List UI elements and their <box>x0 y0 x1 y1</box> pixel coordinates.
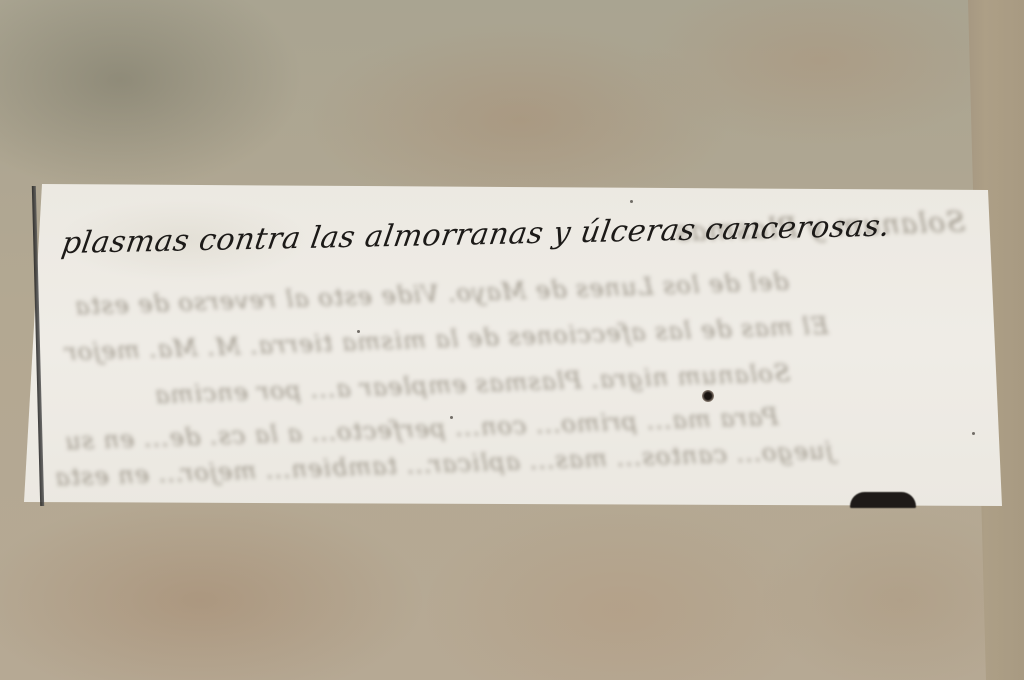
ink-stain <box>850 492 916 508</box>
ink-spot <box>702 390 714 402</box>
paper-speck <box>630 200 633 203</box>
paper-speck <box>357 330 360 333</box>
bleed-line: Solanum nigra. Plasmas emplear a... por … <box>154 359 791 409</box>
bleed-line: juego... cantos... mas... aplicar... tam… <box>54 436 834 491</box>
bleed-line: Para ma... primo... con... perfecto... a… <box>64 403 779 456</box>
paper-speck <box>450 416 453 419</box>
bleed-line: El mas de las afecciones de la misma tie… <box>64 312 829 367</box>
paper-speck <box>972 432 975 435</box>
bleed-line: del de los Lunes de Mayo. Vide esto al r… <box>74 268 789 321</box>
